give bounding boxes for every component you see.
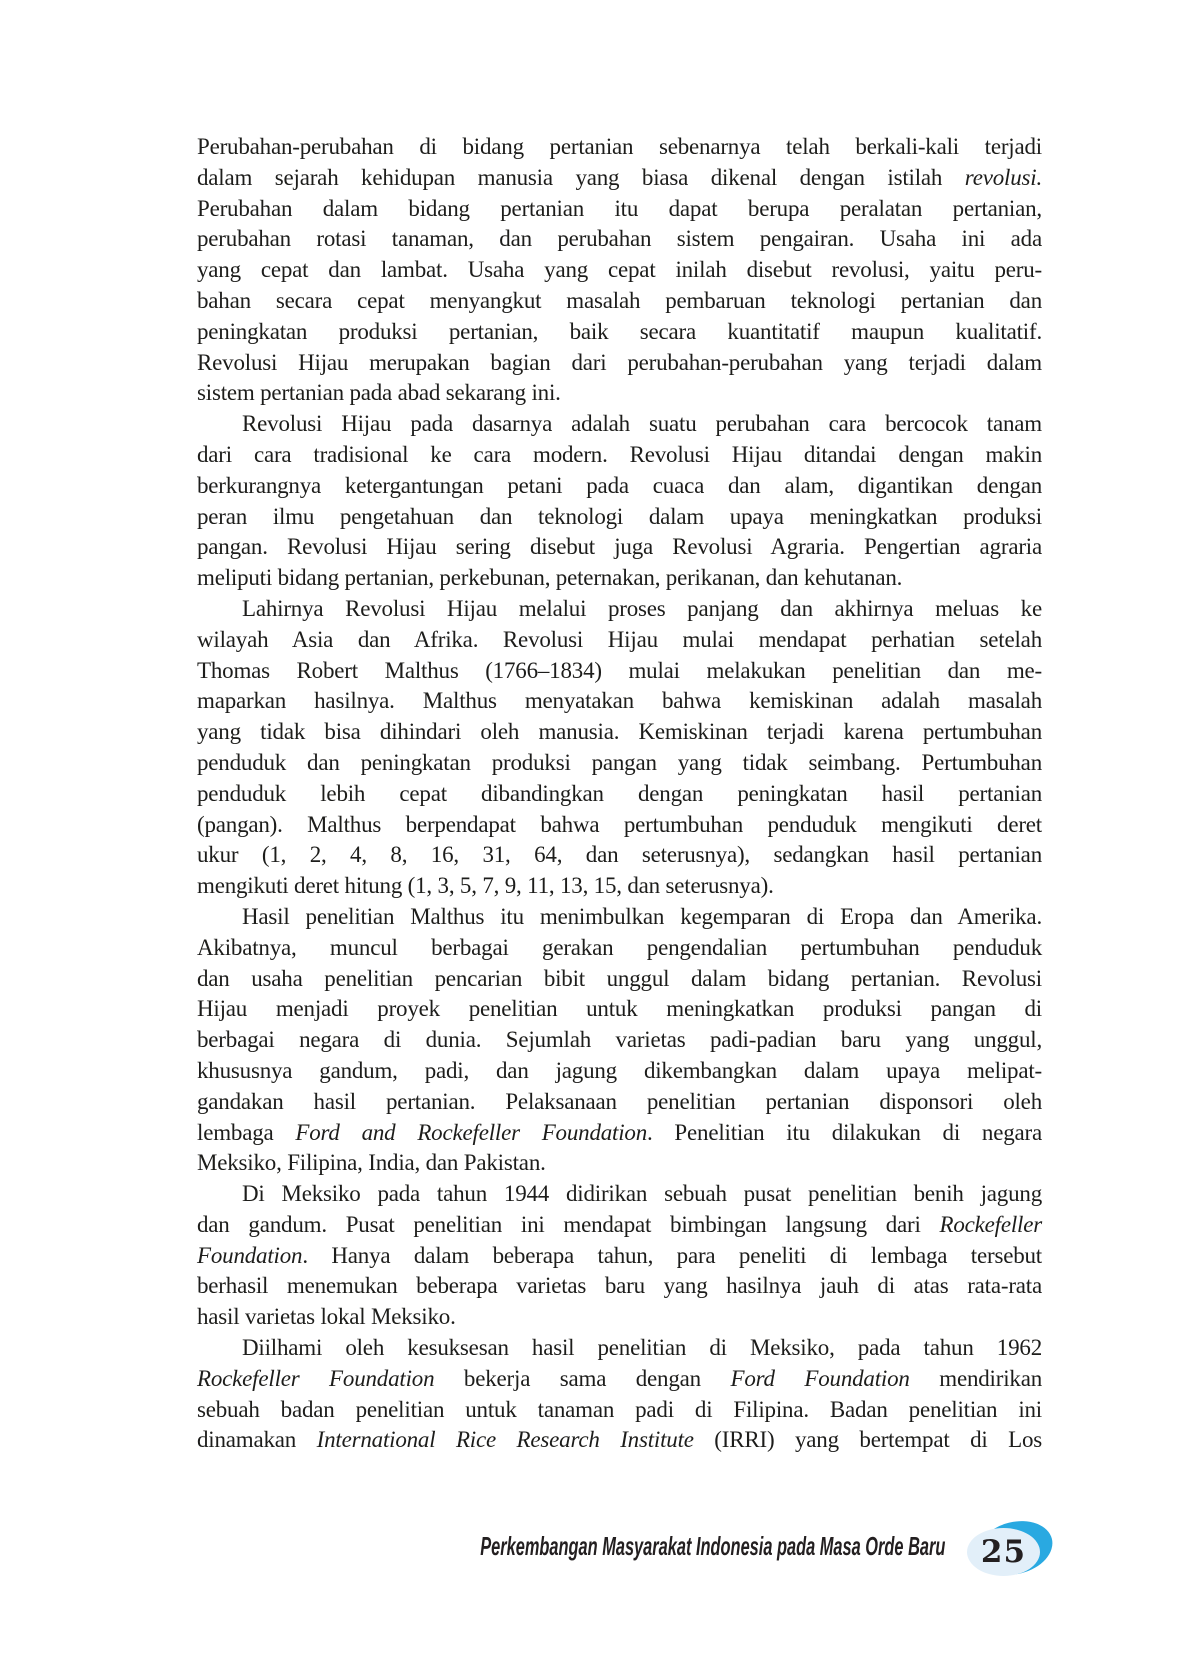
text-line: Akibatnya, muncul berbagai gerakan penge…: [197, 933, 1042, 964]
text-line: Hasil penelitian Malthus itu menimbulkan…: [197, 902, 1042, 933]
page-number-badge: 25: [960, 1518, 1060, 1582]
text-line: gandakan hasil pertanian. Pelaksanaan pe…: [197, 1087, 1042, 1118]
text-line: Thomas Robert Malthus (1766–1834) mulai …: [197, 656, 1042, 687]
text-line: Rockefeller Foundation bekerja sama deng…: [197, 1364, 1042, 1395]
text-line: berhasil menemukan beberapa varietas bar…: [197, 1271, 1042, 1302]
text-line: meliputi bidang pertanian, perkebunan, p…: [197, 563, 1042, 594]
book-page: Perubahan-perubahan di bidang pertanian …: [0, 0, 1200, 1678]
text-line: bahan secara cepat menyangkut masalah pe…: [197, 286, 1042, 317]
text-line: (pangan). Malthus berpendapat bahwa pert…: [197, 810, 1042, 841]
text-line: Revolusi Hijau merupakan bagian dari per…: [197, 348, 1042, 379]
footer-chapter-title: Perkembangan Masyarakat Indonesia pada M…: [480, 1532, 945, 1560]
text-line: pangan. Revolusi Hijau sering disebut ju…: [197, 532, 1042, 563]
text-line: perubahan rotasi tanaman, dan perubahan …: [197, 224, 1042, 255]
text-line: Perubahan dalam bidang pertanian itu dap…: [197, 194, 1042, 225]
text-line: penduduk lebih cepat dibandingkan dengan…: [197, 779, 1042, 810]
text-line: Foundation. Hanya dalam beberapa tahun, …: [197, 1241, 1042, 1272]
text-line: ukur (1, 2, 4, 8, 16, 31, 64, dan seteru…: [197, 840, 1042, 871]
text-line: sistem pertanian pada abad sekarang ini.: [197, 378, 1042, 409]
text-line: Meksiko, Filipina, India, dan Pakistan.: [197, 1148, 1042, 1179]
body-paragraph: Hasil penelitian Malthus itu menimbulkan…: [197, 902, 1042, 1179]
text-line: berkurangnya ketergantungan petani pada …: [197, 471, 1042, 502]
page-body-text: Perubahan-perubahan di bidang pertanian …: [197, 132, 1042, 1456]
text-line: khususnya gandum, padi, dan jagung dikem…: [197, 1056, 1042, 1087]
body-paragraph: Perubahan-perubahan di bidang pertanian …: [197, 132, 1042, 409]
text-line: sebuah badan penelitian untuk tanaman pa…: [197, 1395, 1042, 1426]
text-line: maparkan hasilnya. Malthus menyatakan ba…: [197, 686, 1042, 717]
body-paragraph: Lahirnya Revolusi Hijau melalui proses p…: [197, 594, 1042, 902]
text-line: hasil varietas lokal Meksiko.: [197, 1302, 1042, 1333]
text-line: Revolusi Hijau pada dasarnya adalah suat…: [197, 409, 1042, 440]
text-line: wilayah Asia dan Afrika. Revolusi Hijau …: [197, 625, 1042, 656]
page-number: 25: [967, 1528, 1040, 1576]
text-line: yang tidak bisa dihindari oleh manusia. …: [197, 717, 1042, 748]
text-line: Diilhami oleh kesuksesan hasil penelitia…: [197, 1333, 1042, 1364]
text-line: yang cepat dan lambat. Usaha yang cepat …: [197, 255, 1042, 286]
text-line: Hijau menjadi proyek penelitian untuk me…: [197, 994, 1042, 1025]
body-paragraph: Diilhami oleh kesuksesan hasil penelitia…: [197, 1333, 1042, 1456]
text-line: berbagai negara di dunia. Sejumlah varie…: [197, 1025, 1042, 1056]
body-paragraph: Di Meksiko pada tahun 1944 didirikan seb…: [197, 1179, 1042, 1333]
text-line: Lahirnya Revolusi Hijau melalui proses p…: [197, 594, 1042, 625]
body-paragraph: Revolusi Hijau pada dasarnya adalah suat…: [197, 409, 1042, 594]
text-line: peran ilmu pengetahuan dan teknologi dal…: [197, 502, 1042, 533]
text-line: mengikuti deret hitung (1, 3, 5, 7, 9, 1…: [197, 871, 1042, 902]
text-line: dinamakan International Rice Research In…: [197, 1425, 1042, 1456]
text-line: dan usaha penelitian pencarian bibit ung…: [197, 964, 1042, 995]
text-line: dari cara tradisional ke cara modern. Re…: [197, 440, 1042, 471]
text-line: Di Meksiko pada tahun 1944 didirikan seb…: [197, 1179, 1042, 1210]
text-line: Perubahan-perubahan di bidang pertanian …: [197, 132, 1042, 163]
text-line: penduduk dan peningkatan produksi pangan…: [197, 748, 1042, 779]
text-line: dalam sejarah kehidupan manusia yang bia…: [197, 163, 1042, 194]
text-line: lembaga Ford and Rockefeller Foundation.…: [197, 1118, 1042, 1149]
text-line: peningkatan produksi pertanian, baik sec…: [197, 317, 1042, 348]
text-line: dan gandum. Pusat penelitian ini mendapa…: [197, 1210, 1042, 1241]
